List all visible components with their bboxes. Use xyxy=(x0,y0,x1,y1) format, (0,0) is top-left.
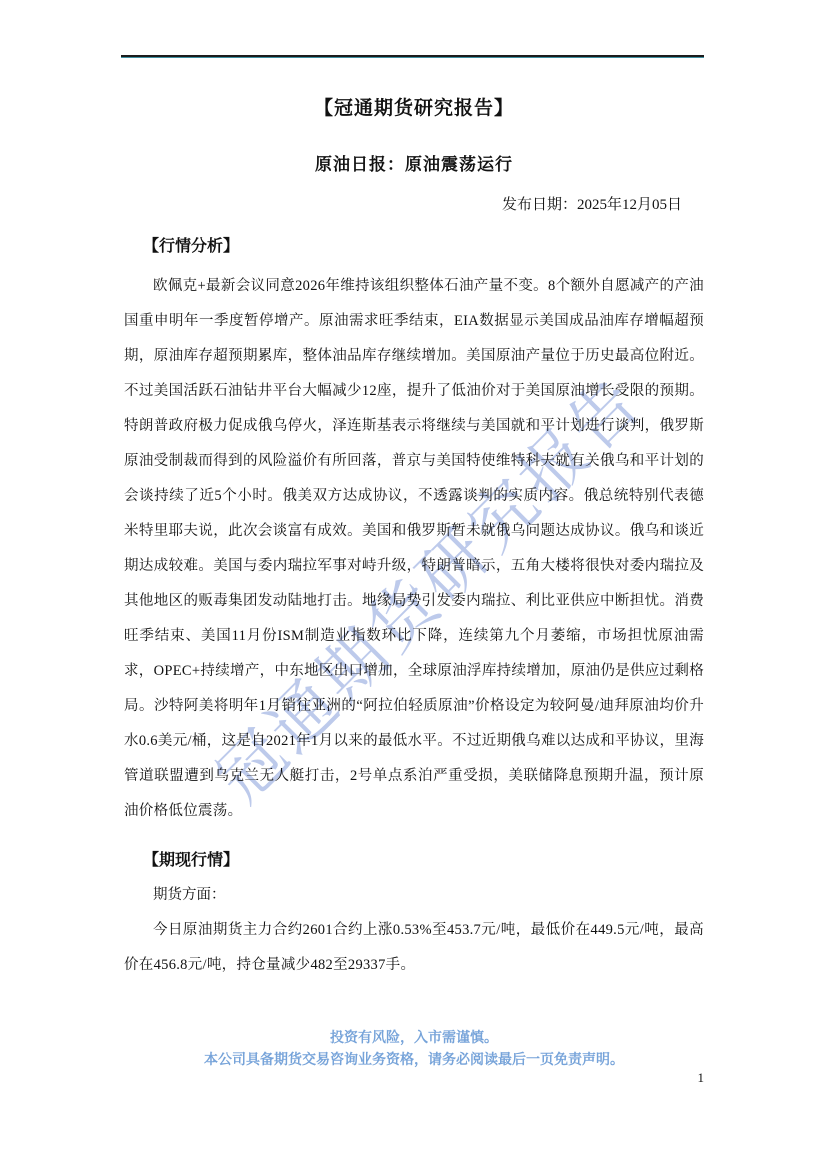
footer-disclaimer: 本公司具备期货交易咨询业务资格，请务必阅读最后一页免责声明。 xyxy=(0,1050,828,1072)
futures-paragraph: 今日原油期货主力合约2601合约上涨0.53%至453.7元/吨，最低价在449… xyxy=(124,913,704,983)
publish-date: 发布日期：2025年12月05日 xyxy=(124,195,704,215)
futures-lead-line: 期货方面： xyxy=(124,878,704,913)
analysis-paragraph: 欧佩克+最新会议同意2026年维持该组织整体石油产量不变。8个额外自愿减产的产油… xyxy=(124,269,704,829)
section-heading-market: 【期现行情】 xyxy=(143,850,704,872)
report-title: 【冠通期货研究报告】 xyxy=(124,97,704,121)
page-footer: 投资有风险，入市需谨慎。 本公司具备期货交易咨询业务资格，请务必阅读最后一页免责… xyxy=(0,1028,828,1072)
page-number: 1 xyxy=(698,1070,705,1086)
section-heading-analysis: 【行情分析】 xyxy=(143,236,704,258)
footer-risk-warning: 投资有风险，入市需谨慎。 xyxy=(0,1028,828,1050)
report-page: 冠通期货研究报告 【冠通期货研究报告】 原油日报：原油震荡运行 发布日期：202… xyxy=(0,0,828,1170)
report-subtitle: 原油日报：原油震荡运行 xyxy=(124,154,704,176)
report-content: 【冠通期货研究报告】 原油日报：原油震荡运行 发布日期：2025年12月05日 … xyxy=(124,0,704,983)
